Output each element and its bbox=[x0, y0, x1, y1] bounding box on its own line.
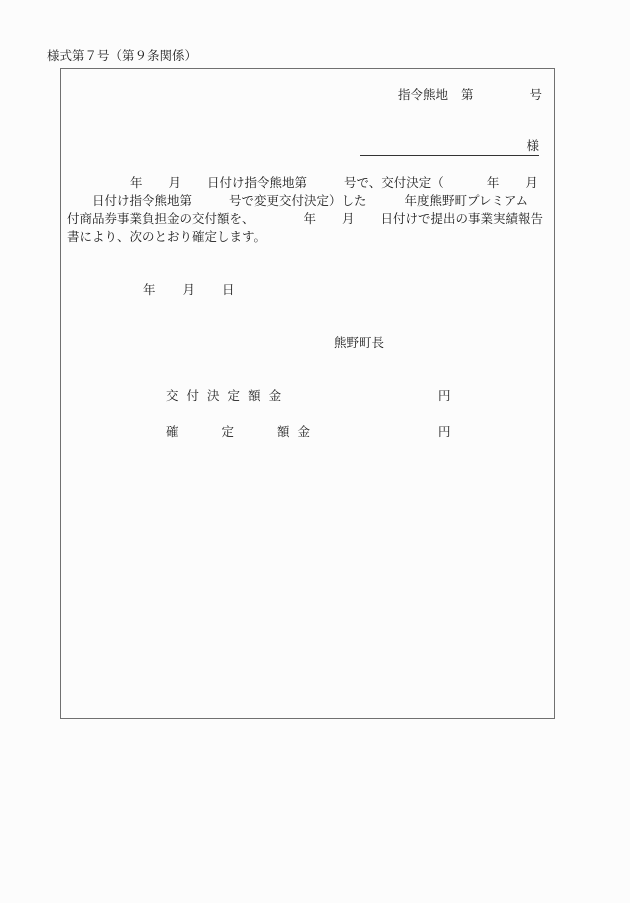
signer-name: 熊野町長 bbox=[334, 337, 384, 350]
reference-number: 指令熊地第号 bbox=[398, 89, 542, 102]
body-line-1: 年月日付け指令熊地第号で、交付決定（年月 bbox=[67, 177, 551, 190]
body-line-4: 書により、次のとおり確定します。 bbox=[67, 231, 551, 244]
date-year: 年 bbox=[143, 284, 156, 297]
addressee-line[interactable]: 様 bbox=[360, 140, 539, 156]
body-line-2: 日付け指令熊地第号で変更交付決定）した年度熊野町プレミアム bbox=[67, 195, 551, 208]
reference-go: 号 bbox=[530, 89, 543, 102]
grant-decision-amount-label: 交付決定額金 bbox=[166, 388, 281, 403]
confirmed-amount-label: 確定額金 bbox=[166, 424, 310, 439]
grant-decision-yen-unit: 円 bbox=[438, 390, 451, 403]
form-number-label: 様式第７号（第９条関係） bbox=[47, 50, 197, 63]
body-line-3: 付商品券事業負担金の交付額を、年月日付けで提出の事業実績報告 bbox=[67, 213, 551, 226]
document-frame bbox=[60, 68, 555, 719]
issue-date: 年月日 bbox=[143, 284, 235, 297]
confirmed-yen-unit: 円 bbox=[438, 426, 451, 439]
date-day: 日 bbox=[222, 284, 235, 297]
reference-dai: 第 bbox=[461, 89, 474, 102]
confirmed-amount-row: 確定額金 bbox=[166, 426, 310, 439]
date-month: 月 bbox=[183, 284, 196, 297]
reference-prefix: 指令熊地 bbox=[398, 89, 448, 102]
grant-decision-amount-row: 交付決定額金 bbox=[166, 390, 281, 403]
addressee-suffix: 様 bbox=[526, 140, 539, 153]
